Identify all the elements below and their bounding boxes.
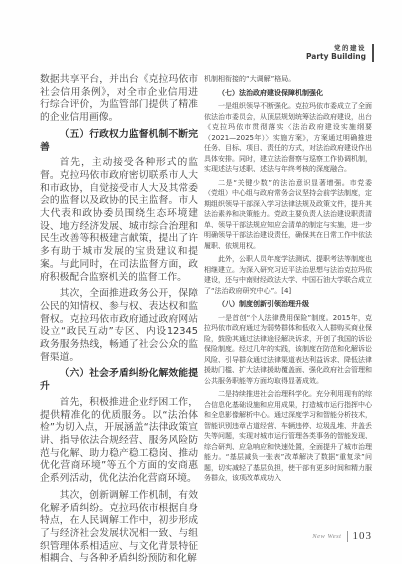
body-paragraph: 其次，全面推进政务公开，保障公民的知情权、参与权、表达权和监督权。克拉玛依市政府…: [40, 288, 198, 364]
body-paragraph: 此外，公职人员年度学法测试、提职考法等制度也相继建立。为深入研究习近平法治思想与…: [204, 254, 372, 296]
section-heading: （七）法治政府建设保障机制强化: [204, 88, 372, 99]
section-heading: （六）社会矛盾纠纷化解效能提升: [40, 368, 198, 393]
body-paragraph: 首先，积极推进企业纾困工作，提供精准化的优质服务。以“法治体检”为切入点，开展涵…: [40, 397, 198, 486]
body-paragraph: 其次，创新调解工作机制，有效化解矛盾纠纷。克拉玛依市根据自身特点，在人民调解工作…: [40, 490, 198, 564]
journal-page: 党的建设 Party Building 数据共享平台，并出台《克拉玛依市社会信用…: [0, 0, 402, 564]
left-column: 数据共享平台，并出台《克拉玛依市社会信用条例》，对全市企业信用进行综合评价，为监…: [40, 74, 198, 564]
body-columns: 数据共享平台，并出台《克拉玛依市社会信用条例》，对全市企业信用进行综合评价，为监…: [40, 74, 372, 564]
header-tag-english: Party Building: [306, 52, 366, 61]
header-section-tag: 党的建设 Party Building: [306, 44, 374, 62]
body-paragraph: 二是“关键少数”的法治意识显著增强。市党委（党组）中心组与政府常务会议坚持会前学…: [204, 178, 372, 252]
header-tag-text: 党的建设 Party Building: [306, 44, 366, 62]
section-heading: （八）制度创新引领治理升级: [204, 299, 372, 310]
body-paragraph: 数据共享平台，并出台《克拉玛依市社会信用条例》，对全市企业信用进行综合评价，为监…: [40, 74, 198, 125]
footer-divider: [347, 531, 348, 542]
body-paragraph: 一是组织领导不断强化。克拉玛依市委成立了全面依法治市委员会，从顶层规划统筹法治政…: [204, 101, 372, 175]
body-paragraph: 机制相衔接的“大调解”格局。: [204, 74, 372, 85]
body-paragraph: 首先，主动接受各种形式的监督。克拉玛依市政府密切联系市人大和市政协，自觉接受市人…: [40, 157, 198, 284]
section-heading: （五）行政权力监督机制不断完善: [40, 129, 198, 154]
header-divider-bar: [372, 44, 374, 62]
body-paragraph: 一是首创“个人法律费用保险”制度。2015年，克拉玛依市政府通过为弱势群体和低收…: [204, 313, 372, 387]
journal-name: New West: [312, 533, 341, 540]
footer: New West 103: [312, 530, 372, 542]
right-column: 机制相衔接的“大调解”格局。（七）法治政府建设保障机制强化一是组织领导不断强化。…: [204, 74, 372, 564]
page-number: 103: [353, 530, 373, 542]
body-paragraph: 二是持续推进社会治理科学化。充分利用现有的综合信息化基础设施和应用成果，打造城市…: [204, 389, 372, 484]
header-tag-chinese: 党的建设: [334, 44, 366, 52]
